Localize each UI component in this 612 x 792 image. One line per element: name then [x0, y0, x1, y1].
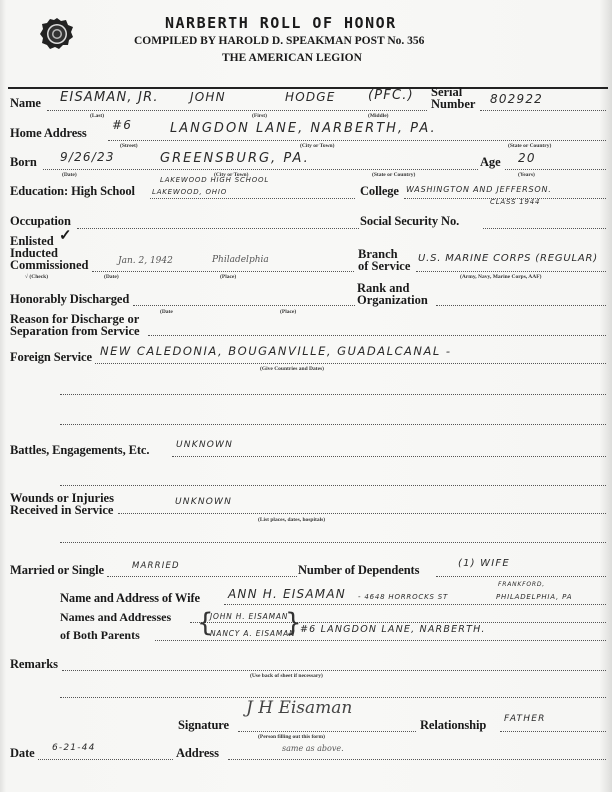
foreign-service-line: [95, 363, 606, 364]
education-label: Education: High School: [10, 184, 135, 199]
occupation-line[interactable]: [77, 228, 359, 229]
enlistment-date-value[interactable]: Jan. 2, 1942: [118, 256, 173, 266]
home-street-value[interactable]: #6: [112, 118, 132, 132]
foreign-service-value[interactable]: NEW CALEDONIA, BOUGANVILLE, GUADALCANAL …: [100, 344, 452, 358]
wife-address-value[interactable]: - 4648 HORROCKS ST: [358, 593, 448, 601]
cap-born-state: (State or Country): [372, 172, 415, 178]
cap-enlist-date: (Date): [104, 274, 119, 280]
cap-enlist-place: (Place): [220, 274, 236, 280]
cap-born-date: (Date): [62, 172, 77, 178]
cap-check: √ (Check): [25, 274, 48, 280]
wounds-line-2[interactable]: [60, 542, 606, 543]
remarks-line[interactable]: [62, 670, 606, 671]
relationship-value[interactable]: FATHER: [504, 714, 546, 724]
name-middle-value[interactable]: HODGE: [285, 90, 336, 104]
serial-value[interactable]: 802922: [490, 92, 543, 106]
wounds-label: Wounds or InjuriesReceived in Service: [10, 492, 114, 516]
enlisted-checkmark-icon[interactable]: ✓: [59, 226, 72, 245]
cap-years: (Years): [518, 172, 535, 178]
american-legion-emblem-icon: [40, 17, 74, 51]
reason-label: Reason for Discharge orSeparation from S…: [10, 313, 140, 337]
serial-line: [480, 110, 606, 111]
header-divider: [8, 87, 608, 89]
signature-label: Signature: [178, 718, 229, 733]
cap-discharge-date: (Date: [160, 309, 173, 315]
discharged-label: Honorably Discharged: [10, 292, 129, 307]
cap-city: (City or Town): [300, 143, 334, 149]
enlistment-line: [92, 271, 354, 272]
parents-address-value[interactable]: #6 LANGDON LANE, NARBERTH.: [300, 624, 486, 635]
home-address-label: Home Address: [10, 126, 87, 141]
cap-discharge-place: (Place): [280, 309, 296, 315]
college-label: College: [360, 184, 399, 199]
address-line: [228, 759, 606, 760]
rank-label: Rank andOrganization: [357, 282, 428, 306]
commissioned-label: Commissioned: [10, 259, 88, 271]
name-first-value[interactable]: JOHN: [190, 90, 226, 104]
serial-label: SerialNumber: [431, 86, 475, 110]
dependents-line: [436, 576, 606, 577]
dependents-value[interactable]: (1) WIFE: [458, 558, 510, 569]
reason-line[interactable]: [148, 335, 606, 336]
name-label: Name: [10, 96, 41, 111]
cap-first: (First): [252, 113, 267, 119]
wounds-value[interactable]: UNKNOWN: [175, 497, 232, 507]
ssn-label: Social Security No.: [360, 214, 459, 229]
battles-line: [172, 456, 606, 457]
cap-last: (Last): [90, 113, 104, 119]
compiled-by: COMPILED BY HAROLD D. SPEAKMAN POST No. …: [134, 35, 424, 47]
form-title: NARBERTH ROLL OF HONOR: [165, 14, 397, 32]
remarks-label: Remarks: [10, 657, 58, 672]
battles-value[interactable]: UNKNOWN: [176, 440, 233, 450]
branch-value[interactable]: U.S. MARINE CORPS (REGULAR): [418, 253, 598, 264]
marital-label: Married or Single: [10, 563, 104, 578]
dependents-label: Number of Dependents: [298, 563, 419, 578]
college-value[interactable]: WASHINGTON AND JEFFERSON.: [406, 185, 552, 194]
rank-note: (PFC.): [368, 88, 414, 103]
rank-line[interactable]: [436, 305, 606, 306]
age-value[interactable]: 20: [518, 151, 536, 165]
address-label: Address: [176, 746, 219, 761]
foreign-service-line-2[interactable]: [60, 394, 606, 395]
home-address-line: [108, 140, 606, 141]
parents-label-2: of Both Parents: [60, 629, 140, 641]
parents-label-1: Names and Addresses: [60, 611, 171, 623]
born-line: [43, 169, 478, 170]
foreign-service-line-3[interactable]: [60, 424, 606, 425]
cap-foreign-service: (Give Countries and Dates): [260, 366, 324, 372]
date-line: [38, 759, 173, 760]
foreign-service-label: Foreign Service: [10, 350, 92, 365]
relationship-line: [500, 731, 606, 732]
parents-line-1: [190, 622, 606, 623]
age-label: Age: [480, 155, 501, 170]
cap-street: (Street): [120, 143, 138, 149]
born-date-value[interactable]: 9/26/23: [60, 150, 115, 164]
wife-district-value: FRANKFORD,: [498, 581, 545, 588]
father-name-value[interactable]: JOHN H. EISAMAN: [210, 612, 288, 621]
born-label: Born: [10, 155, 37, 170]
high-school-line: [150, 198, 355, 199]
branch-label: Branchof Service: [358, 248, 410, 272]
mother-name-value[interactable]: NANCY A. EISAMAN: [210, 629, 295, 638]
date-label: Date: [10, 746, 35, 761]
marital-value[interactable]: MARRIED: [132, 561, 180, 571]
branch-line: [416, 271, 606, 272]
enlistment-place-value[interactable]: Philadelphia: [212, 255, 269, 265]
age-line: [505, 169, 606, 170]
name-line: [47, 110, 427, 111]
high-school-name[interactable]: LAKEWOOD HIGH SCHOOL: [160, 176, 269, 184]
signature-value[interactable]: J H Eisaman: [246, 698, 352, 718]
battles-label: Battles, Engagements, Etc.: [10, 443, 149, 458]
wife-city-value[interactable]: PHILADELPHIA, PA: [496, 593, 572, 601]
relationship-label: Relationship: [420, 718, 486, 733]
born-city-value[interactable]: GREENSBURG, PA.: [160, 151, 310, 166]
form-page: NARBERTH ROLL OF HONOR COMPILED BY HAROL…: [0, 0, 612, 792]
college-class: CLASS 1944: [490, 198, 540, 206]
cap-state: (State or Country): [508, 143, 551, 149]
battles-line-2[interactable]: [60, 485, 606, 486]
signature-line: [238, 731, 416, 732]
home-city-value[interactable]: LANGDON LANE, NARBERTH, PA.: [170, 121, 437, 136]
cap-middle: (Middle): [368, 113, 388, 119]
wife-name-value[interactable]: ANN H. EISAMAN: [228, 587, 346, 601]
name-last-value[interactable]: EISAMAN, JR.: [60, 90, 159, 105]
parents-line-2: [155, 640, 606, 641]
cap-branch: (Army, Navy, Marine Corps, AAF): [460, 274, 541, 280]
cap-signature: (Person filling out this form): [258, 734, 325, 740]
high-school-location[interactable]: LAKEWOOD, OHIO: [152, 188, 227, 196]
marital-line: [107, 576, 297, 577]
date-value[interactable]: 6-21-44: [52, 743, 96, 753]
wounds-line: [118, 513, 606, 514]
address-value[interactable]: same as above.: [282, 744, 344, 753]
ssn-line[interactable]: [483, 228, 606, 229]
wife-label: Name and Address of Wife: [60, 591, 200, 606]
organization-name: THE AMERICAN LEGION: [222, 52, 362, 64]
cap-remarks: (Use back of sheet if necessary): [250, 673, 323, 679]
wife-line: [224, 604, 606, 605]
discharge-line[interactable]: [133, 305, 355, 306]
cap-wounds: (List places, dates, hospitals): [258, 517, 325, 523]
